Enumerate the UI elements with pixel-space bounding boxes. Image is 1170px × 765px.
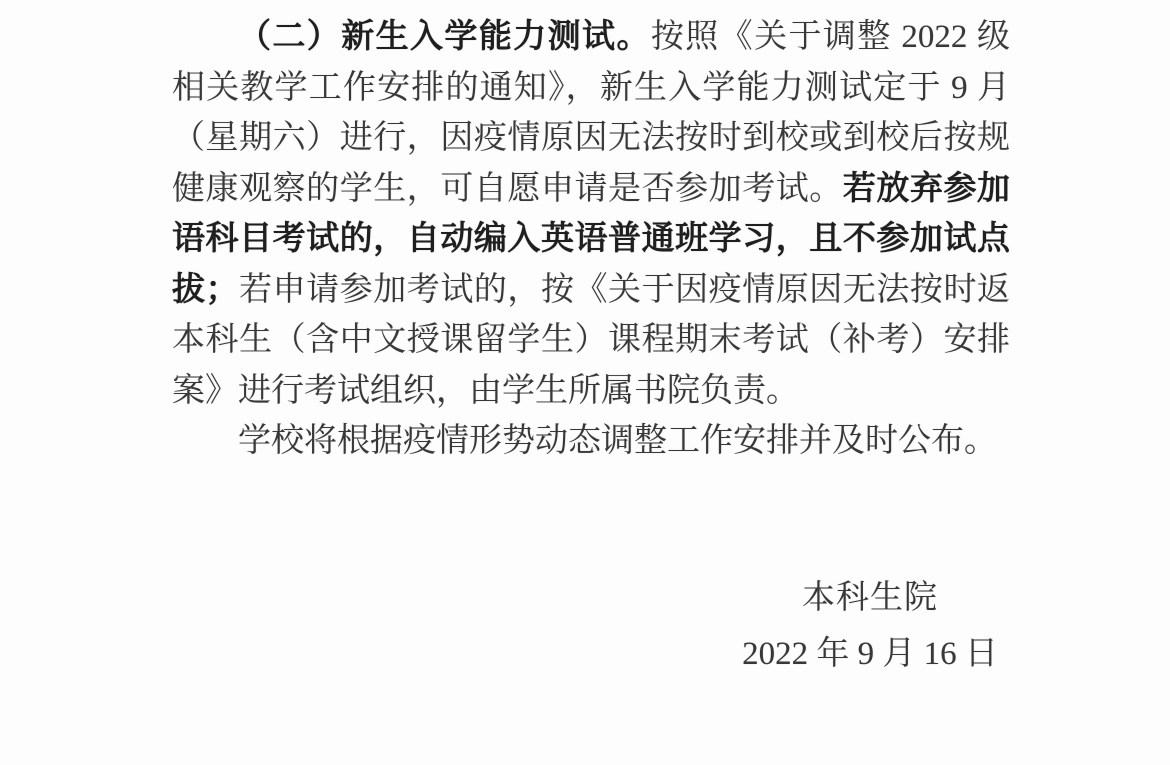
text-segment: 案》进行考试组织，由学生所属书院负责。 (172, 373, 799, 409)
text-segment: （星期六）进行，因疫情原因无法按时到校或到校后按规定 (172, 120, 1010, 164)
notice-line-9: 学校将根据疫情形势动态调整工作安排并及时公布。 (172, 416, 1010, 467)
bold-text-segment: （二）新生入学能力测试。 (238, 19, 651, 55)
text-segment: 若申请参加考试的，按《关于因疫情原因无法按时返校 (172, 272, 1010, 316)
signature-org: 本科生院 (700, 570, 1040, 626)
notice-line-5: 语科目考试的，自动编入英语普通班学习，且不参加试点选 (172, 214, 1010, 265)
notice-line-6: 拔；若申请参加考试的，按《关于因疫情原因无法按时返校 (172, 265, 1010, 316)
notice-body: （二）新生入学能力测试。按照《关于调整 2022 级本科生 相关教学工作安排的通… (172, 12, 1010, 467)
notice-line-2: 相关教学工作安排的通知》，新生入学能力测试定于 9 月 24 日 (172, 63, 1010, 114)
notice-line-8: 案》进行考试组织，由学生所属书院负责。 (172, 366, 1010, 417)
notice-line-7: 本科生（含中文授课留学生）课程期末考试（补考）安排预 (172, 315, 1010, 366)
notice-line-3: （星期六）进行，因疫情原因无法按时到校或到校后按规定 (172, 113, 1010, 164)
document-page: （二）新生入学能力测试。按照《关于调整 2022 级本科生 相关教学工作安排的通… (0, 0, 1170, 765)
notice-line-4: 健康观察的学生，可自愿申请是否参加考试。若放弃参加英 (172, 164, 1010, 215)
text-segment: 健康观察的学生，可自愿申请是否参加考试。 (172, 171, 843, 207)
notice-line-1: （二）新生入学能力测试。按照《关于调整 2022 级本科生 (172, 12, 1010, 63)
bold-text-segment: 语科目考试的，自动编入英语普通班学习，且不参加试点选 (172, 221, 1010, 265)
bold-text-segment: 拔； (172, 272, 239, 308)
signature-date: 2022 年 9 月 16 日 (700, 626, 1040, 682)
signature-block: 本科生院 2022 年 9 月 16 日 (700, 570, 1040, 682)
text-segment: 本科生（含中文授课留学生）课程期末考试（补考）安排预 (172, 322, 1010, 366)
text-segment: 相关教学工作安排的通知》，新生入学能力测试定于 9 月 24 日 (172, 70, 1010, 114)
text-segment: 学校将根据疫情形势动态调整工作安排并及时公布。 (238, 423, 997, 459)
